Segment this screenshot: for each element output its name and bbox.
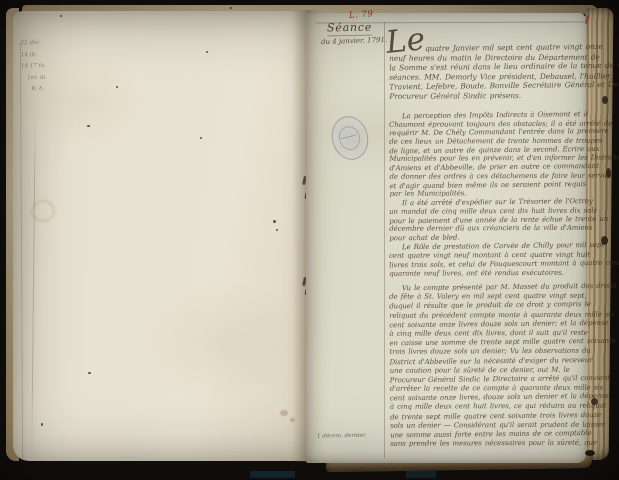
scanned-manuscript-photo: 22 déc.14 ib.14 17 ib.1er. ib.R. b. L. 7… [0, 0, 619, 480]
speck [87, 125, 90, 127]
margin-note-line: 22 déc. [21, 38, 61, 50]
paragraph-impots: La perception des Impôts Indirects à Ois… [389, 110, 586, 198]
bottom-margin-note: 1 décem. dernier. [317, 432, 383, 439]
margin-note-line: 14 17 ib. [21, 61, 61, 73]
calibration-strip-segment [250, 471, 295, 478]
speck [230, 7, 232, 9]
edge-damage-spot [585, 450, 595, 456]
speck [88, 372, 91, 374]
edge-damage-spot [591, 398, 598, 405]
ring-stain [31, 200, 55, 222]
margin-note-line: 1er. ib. [21, 72, 61, 84]
speck [273, 220, 276, 223]
page-under-edge-line [20, 41, 23, 461]
speck [116, 86, 118, 88]
paragraph-mandat: Il a été arrêté d'expédier sur le Trésor… [389, 197, 585, 243]
handwritten-line: quarante neuf livres, ont été rendus exé… [389, 269, 585, 279]
speck [200, 137, 202, 139]
handwritten-line: sans prendre les mesures nécessaires pou… [390, 439, 586, 449]
margin-note-line: 14 ib. [21, 49, 61, 61]
calibration-strip-segment [406, 471, 436, 478]
speck [276, 229, 278, 231]
ruled-margin-line [384, 22, 385, 458]
margin-note-line: R. b. [21, 84, 61, 96]
left-page: 22 déc.14 ib.14 17 ib.1er. ib.R. b. [13, 11, 308, 461]
paragraph-opening: quatre Janvier mil sept cent quatre ving… [389, 42, 585, 101]
edge-damage-spot [602, 96, 608, 104]
paragraph-compte: Vu le compte présenté par M. Masset du p… [389, 282, 586, 449]
speck [41, 423, 43, 426]
folio-code-red: L. 79 [349, 9, 374, 21]
stain-spot [280, 410, 288, 416]
paragraph-corvee: Le Rôle de prestation de Corvée de Chill… [389, 241, 585, 279]
speck [206, 51, 208, 53]
session-title: Séance [327, 21, 372, 37]
handwritten-line: Procureur Général Sindic présens. [389, 91, 585, 102]
speck [60, 15, 62, 17]
left-margin-notes: 22 déc.14 ib.14 17 ib.1er. ib.R. b. [21, 38, 62, 96]
edge-damage-spot [606, 168, 611, 178]
edge-damage-spot [601, 236, 608, 245]
page-crease [31, 111, 36, 456]
